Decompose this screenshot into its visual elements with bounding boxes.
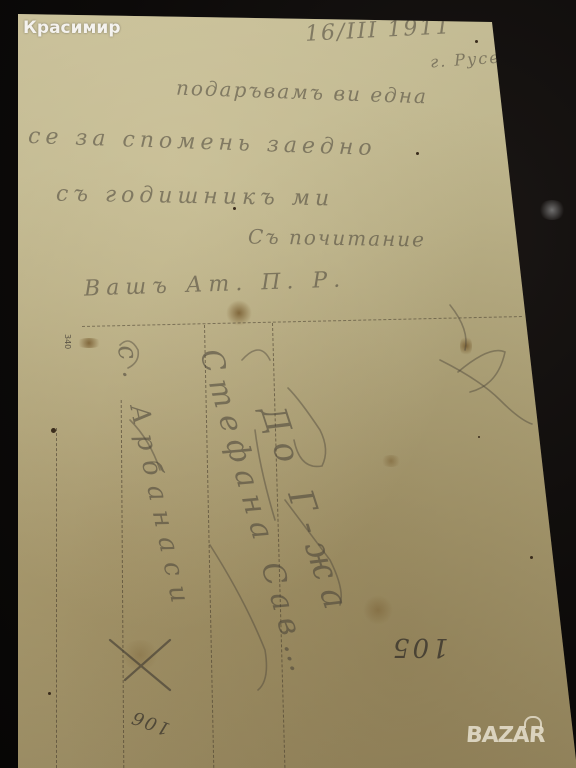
paper-speck	[416, 152, 419, 155]
paper-speck	[478, 436, 480, 438]
postcard-back: 340 16/III 1911 г. Русе подаръвамъ ви ед…	[0, 0, 576, 768]
bazar-logo-bag-icon	[524, 716, 542, 728]
seller-watermark: Красимир	[23, 18, 121, 38]
address-rule-line	[121, 400, 125, 768]
paper-stain	[363, 595, 393, 625]
handwritten-line: се за спомень заедно	[28, 124, 377, 161]
paper-stain	[380, 455, 402, 467]
handwritten-place: г. Русе	[429, 48, 501, 72]
handwritten-line: съ годишникъ ми	[56, 182, 335, 212]
address-rule-line	[56, 428, 57, 768]
address-village: с. Арбанаси	[111, 342, 197, 615]
paper-stain	[75, 338, 103, 348]
pencil-number: 106	[128, 706, 173, 740]
photo-scene: 340 16/III 1911 г. Русе подаръвамъ ви ед…	[0, 0, 576, 768]
handwritten-line: подаръвамъ ви една	[176, 76, 429, 109]
background-smudge	[538, 200, 566, 220]
paper-speck	[475, 40, 478, 43]
paper-stain	[120, 640, 160, 670]
paper-stain	[460, 335, 472, 357]
address-divider-line	[82, 316, 522, 327]
handwritten-signature: Вашъ Ат. П. Р.	[84, 267, 347, 301]
printed-number: 340	[63, 334, 72, 349]
paper-speck	[48, 692, 51, 695]
paper-speck	[530, 556, 533, 559]
pencil-number: 105	[390, 632, 449, 662]
handwritten-closing: Съ почитание	[248, 224, 426, 251]
